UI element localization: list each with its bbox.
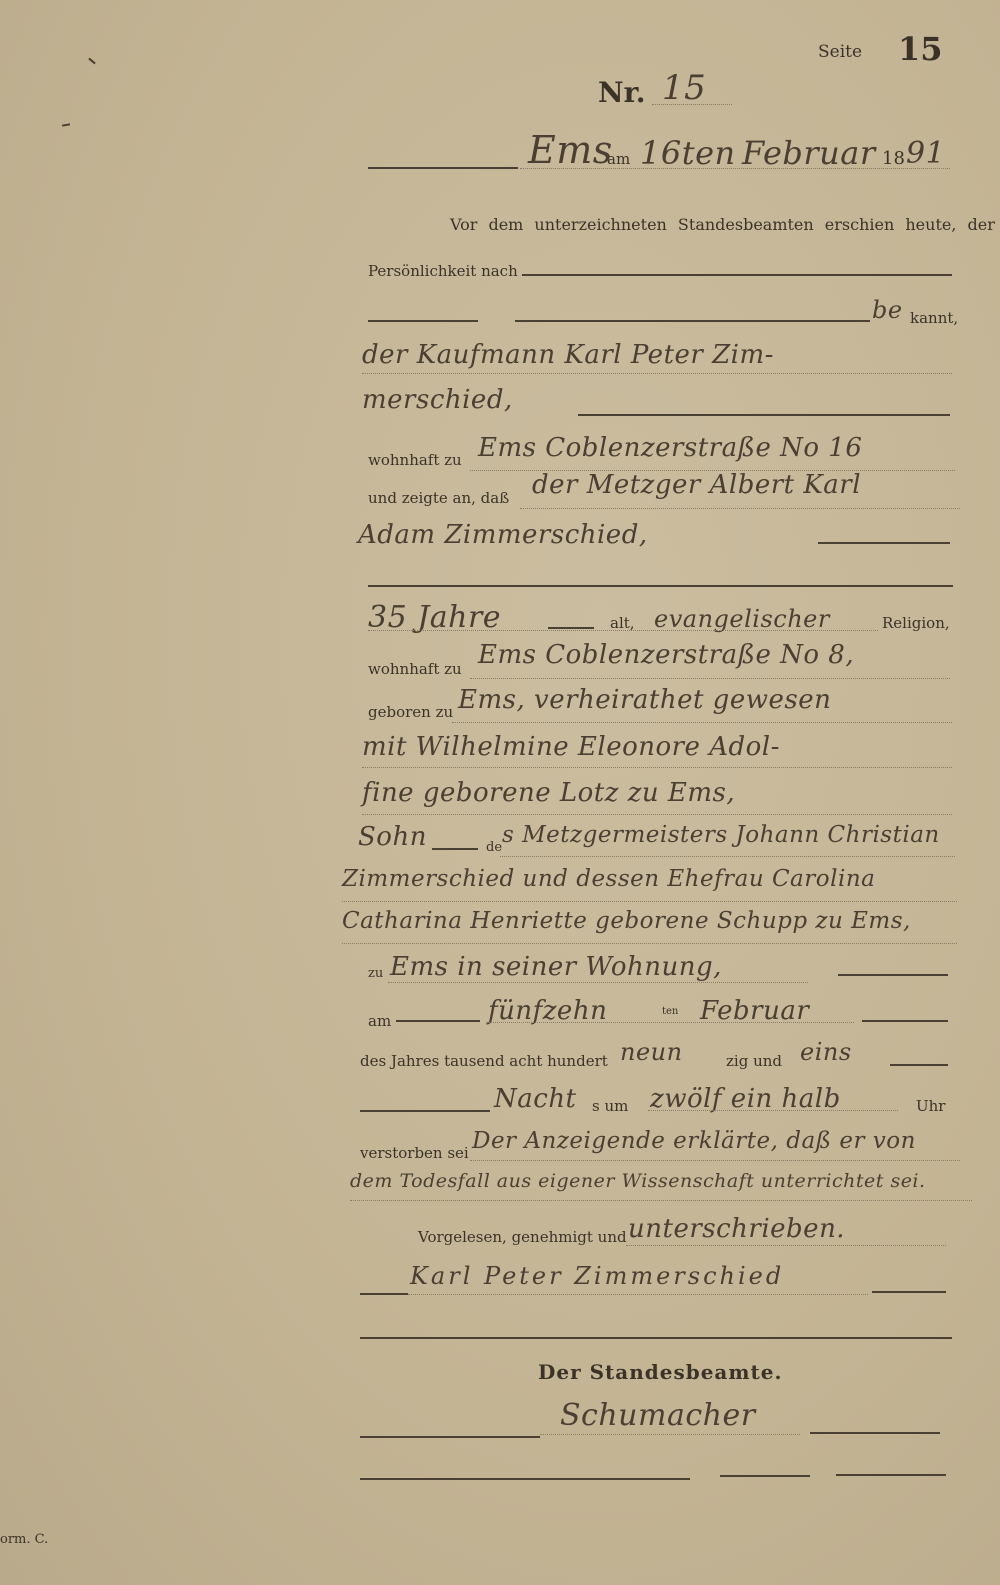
rule — [838, 974, 948, 976]
rule — [360, 1110, 490, 1112]
dotted-line — [350, 1200, 972, 1201]
dotted-line — [452, 722, 952, 723]
wohnhaft-label: wohnhaft zu — [368, 451, 462, 469]
rule — [515, 320, 870, 322]
parents-line-2: Zimmerschied und dessen Ehefrau Carolina — [342, 866, 875, 892]
rule — [890, 1064, 948, 1066]
death-place: Ems in seiner Wohnung, — [390, 952, 722, 982]
uhr-label: Uhr — [916, 1097, 945, 1115]
year-prefix: 18 — [882, 148, 905, 169]
record-number-value: 15 — [662, 68, 706, 108]
birth-line-1: Ems, verheirathet gewesen — [458, 685, 831, 715]
rule — [548, 627, 594, 629]
dotted-line — [626, 1245, 946, 1246]
rule — [836, 1474, 946, 1476]
rule — [720, 1475, 810, 1477]
am2-label: am — [368, 1012, 391, 1030]
rule — [368, 320, 478, 322]
page-number: 15 — [898, 30, 943, 68]
dotted-line — [342, 943, 957, 944]
deceased-residence: Ems Coblenzerstraße No 8, — [478, 640, 854, 670]
page-label: Seite — [818, 42, 862, 62]
informant-residence: Ems Coblenzerstraße No 16 — [478, 433, 862, 463]
deceased-line-2: Adam Zimmerschied, — [358, 520, 648, 550]
intro-text: Vor dem unterzeichneten Standesbeamten e… — [450, 215, 995, 234]
registration-day: 16ten — [640, 134, 736, 172]
registration-place: Ems — [528, 128, 613, 172]
bekannt-hand: be — [872, 296, 903, 324]
des-label: de — [486, 840, 502, 855]
dotted-line — [648, 1110, 898, 1111]
religion-hand: evangelischer — [654, 605, 830, 633]
rule — [578, 414, 950, 416]
dotted-line — [486, 1022, 854, 1023]
parents-line-3: Catharina Henriette geborene Schupp zu E… — [342, 908, 911, 934]
rule — [432, 848, 478, 850]
informant-signature: Karl Peter Zimmerschied — [410, 1262, 784, 1290]
form-label: orm. C. — [0, 1532, 48, 1547]
rule — [368, 167, 518, 169]
dotted-line — [500, 856, 955, 857]
s-um-label: s um — [592, 1097, 628, 1115]
rule — [368, 585, 953, 587]
year-hand-2: eins — [800, 1038, 852, 1066]
rule — [396, 1020, 480, 1022]
dotted-line — [362, 814, 952, 815]
dotted-line — [520, 508, 960, 509]
rule — [862, 1020, 948, 1022]
persoenlichkeit-label: Persönlichkeit nach — [368, 262, 518, 280]
rule — [360, 1337, 952, 1339]
rule — [810, 1432, 940, 1434]
ten-label: ten — [662, 1006, 678, 1017]
rule — [522, 274, 952, 276]
rule — [360, 1436, 540, 1438]
rule — [818, 542, 950, 544]
am-label: am — [607, 150, 630, 168]
zeigte-label: und zeigte an, daß — [368, 489, 509, 507]
vorgelesen-label: Vorgelesen, genehmigt und — [418, 1228, 627, 1246]
rule — [360, 1478, 690, 1480]
bekannt-label: kannt, — [910, 309, 958, 327]
official-signature: Schumacher — [560, 1398, 756, 1433]
official-title: Der Standesbeamte. — [538, 1360, 782, 1384]
registration-month: Februar — [742, 134, 876, 172]
dotted-line — [470, 1160, 960, 1161]
stray-mark — [88, 58, 95, 65]
birth-line-3: fine geborene Lotz zu Ems, — [362, 778, 735, 808]
rule — [360, 1293, 408, 1295]
wohnhaft2-label: wohnhaft zu — [368, 660, 462, 678]
geboren-label: geboren zu — [368, 703, 453, 721]
remark-line-1: Der Anzeigende erklärte, daß er von — [472, 1128, 916, 1154]
sohn-hand: Sohn — [358, 822, 427, 852]
dotted-line — [388, 982, 808, 983]
dotted-line — [408, 1294, 868, 1295]
record-number-label: Nr. — [598, 76, 646, 109]
date-dotted-line — [520, 168, 950, 169]
time-part: Nacht — [494, 1084, 577, 1114]
informant-line-1: der Kaufmann Karl Peter Zim- — [362, 340, 774, 370]
year-hand-1: neun — [620, 1038, 683, 1066]
birth-line-2: mit Wilhelmine Eleonore Adol- — [362, 732, 780, 762]
religion-label: Religion, — [882, 614, 950, 632]
rule — [872, 1291, 946, 1293]
stray-mark — [62, 123, 70, 126]
dotted-line — [540, 1434, 800, 1435]
dotted-line — [470, 678, 950, 679]
informant-line-2: merschied, — [362, 385, 513, 415]
nr-dotted-line — [652, 104, 732, 105]
verstorben-label: verstorben sei — [360, 1144, 469, 1162]
dotted-line — [362, 373, 952, 374]
vorgelesen-hand: unterschrieben. — [628, 1214, 845, 1244]
dotted-line — [368, 630, 878, 631]
remark-line-2: dem Todesfall aus eigener Wissenschaft u… — [350, 1170, 926, 1192]
zig-label: zig und — [726, 1052, 782, 1070]
parents-line-1: s Metzgermeisters Johann Christian — [502, 822, 940, 848]
jahres-label: des Jahres tausend acht hundert — [360, 1052, 608, 1070]
zu-label: zu — [368, 966, 383, 981]
dotted-line — [362, 767, 952, 768]
deceased-line-1: der Metzger Albert Karl — [532, 470, 861, 500]
year-suffix: 91 — [906, 136, 945, 171]
dotted-line — [342, 901, 957, 902]
